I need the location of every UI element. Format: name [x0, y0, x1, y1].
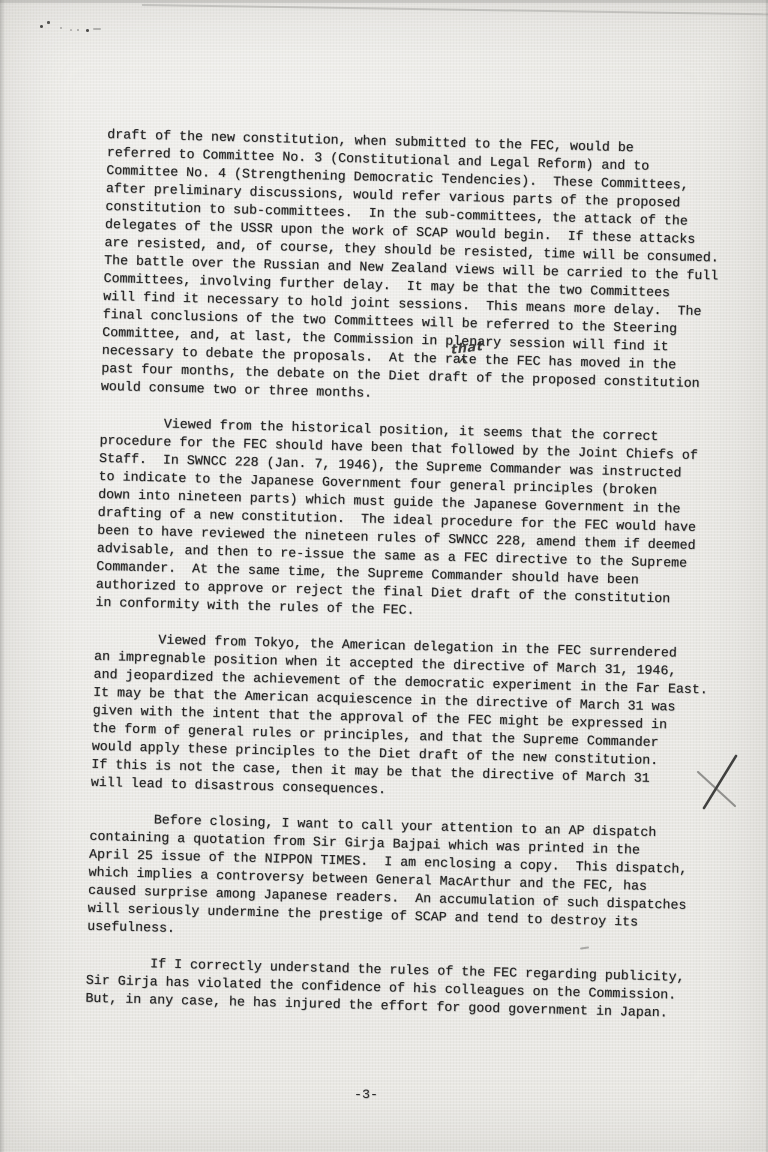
page-number: -3-: [96, 1087, 636, 1102]
typed-text-block: draft of the new constitution, when subm…: [85, 126, 756, 1042]
scan-left-edge: [0, 0, 5, 1152]
scan-speck: [40, 25, 43, 28]
scan-speck: [60, 27, 62, 29]
typed-paragraph: draft of the new constitution, when subm…: [101, 126, 756, 412]
typed-paragraph: If I correctly understand the rules of t…: [85, 954, 734, 1024]
handwritten-x-mark-icon: [688, 746, 748, 816]
typed-paragraph: Viewed from the historical position, it …: [95, 414, 748, 628]
scan-top-edge: [0, 0, 768, 3]
document-page: draft of the new constitution, when subm…: [0, 0, 768, 1152]
scan-speck: [47, 21, 50, 24]
caret-mark: ^: [458, 355, 468, 374]
typed-paragraph: Viewed from Tokyo, the American delegati…: [91, 630, 743, 808]
scan-crease-line: [142, 4, 768, 15]
scan-speck: [77, 29, 79, 31]
scan-speck: [70, 29, 72, 31]
scan-speck: [93, 28, 101, 30]
scan-speck: [86, 29, 89, 32]
typed-paragraph: Before closing, I want to call your atte…: [87, 810, 738, 952]
